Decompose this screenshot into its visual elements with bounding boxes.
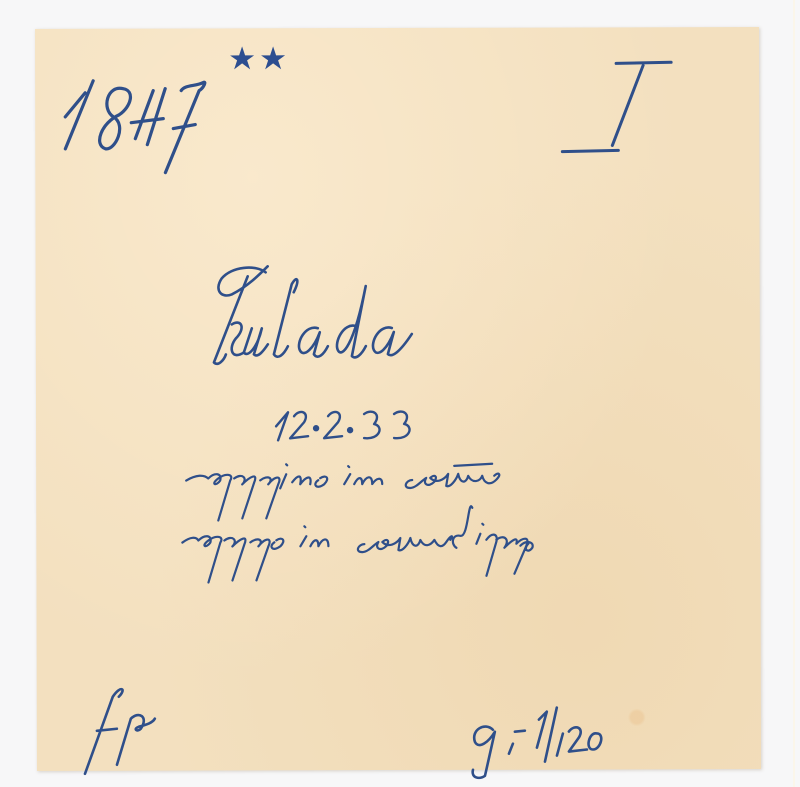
place-name-strokes	[214, 266, 412, 364]
volume-numeral-strokes	[562, 62, 671, 151]
index-card: 1847 ** I Teulada 12·2·33 ragazzino in c…	[35, 27, 761, 771]
catalog-number-strokes	[65, 81, 205, 173]
exposure-strokes	[472, 707, 601, 777]
star-icons	[230, 46, 285, 69]
handwriting-layer	[35, 27, 761, 771]
mount-edge-line	[793, 0, 795, 787]
initials-strokes	[85, 689, 155, 774]
caption-line-2-strokes	[182, 506, 533, 583]
date-strokes	[276, 412, 410, 441]
caption-line-1-strokes	[186, 464, 499, 521]
